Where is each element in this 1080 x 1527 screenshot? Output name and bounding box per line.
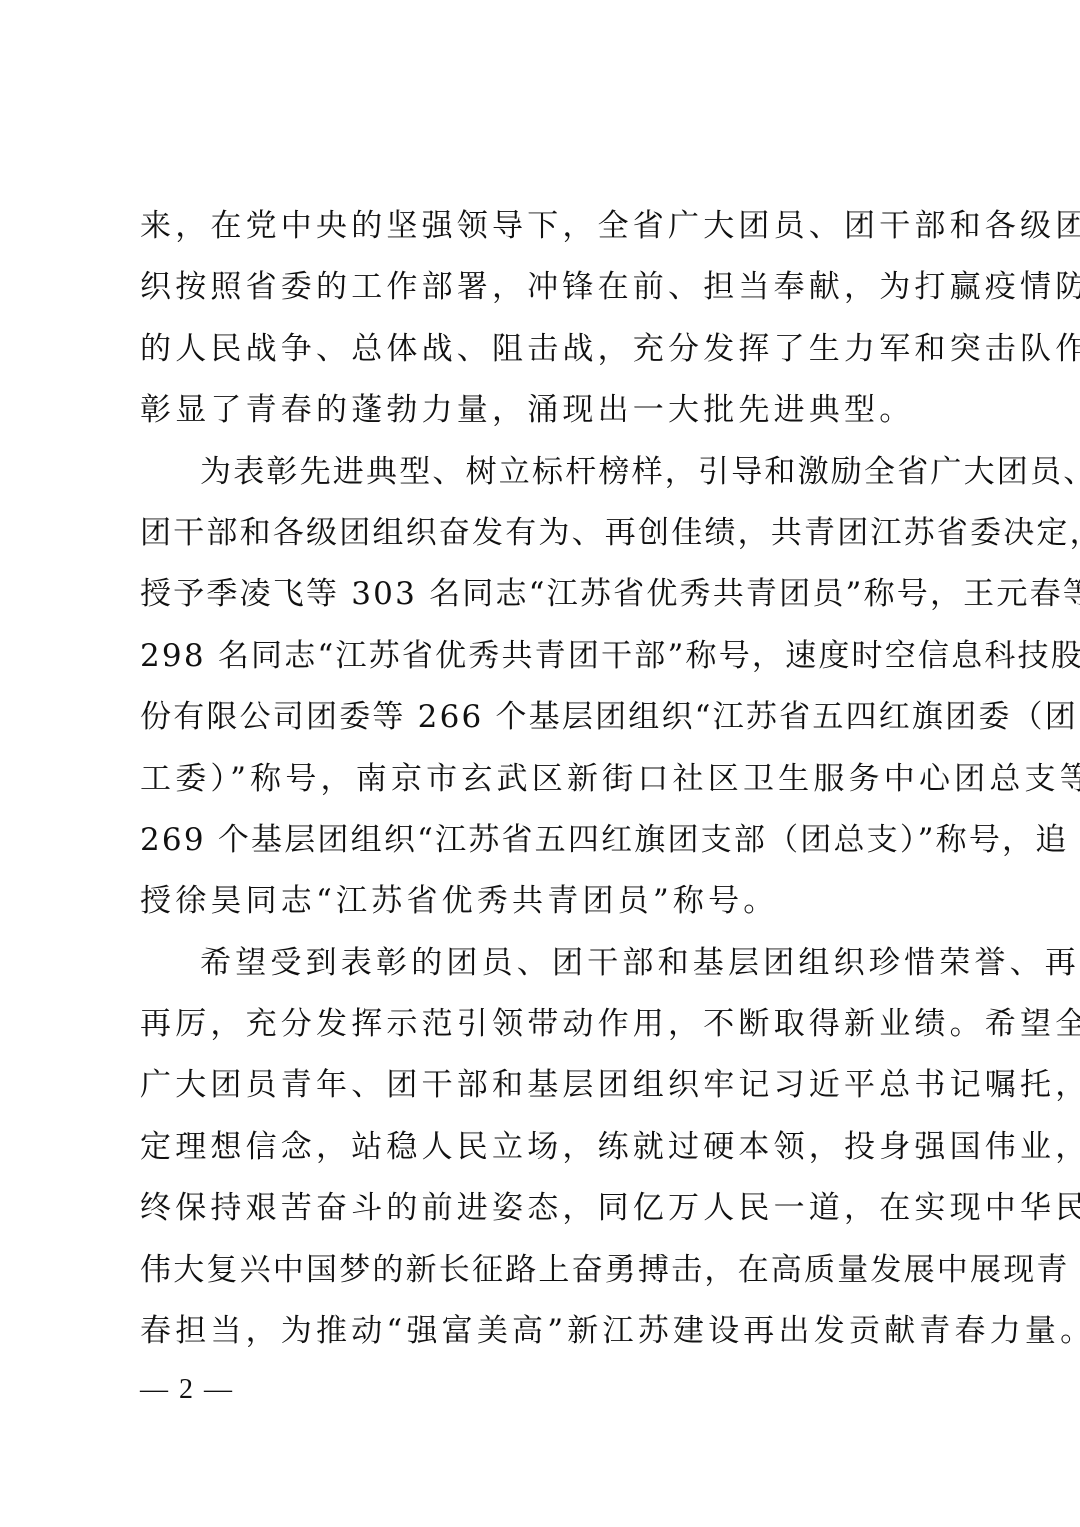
text-line: 工委）”称号，南京市玄武区新街口社区卫生服务中心团总支等: [140, 749, 940, 810]
text-line: 269 个基层团组织“江苏省五四红旗团支部（团总支）”称号，追: [140, 810, 940, 871]
text-line: 彰显了青春的蓬勃力量，涌现出一大批先进典型。: [140, 380, 940, 441]
text-line: 298 名同志“江苏省优秀共青团干部”称号，速度时空信息科技股: [140, 626, 940, 687]
page-number: — 2 —: [140, 1372, 234, 1408]
paragraph-hopes: 希望受到表彰的团员、团干部和基层团组织珍惜荣誉、再接 再厉，充分发挥示范引领带动…: [140, 933, 940, 1363]
document-body: 来，在党中央的坚强领导下，全省广大团员、团干部和各级团组 织按照省委的工作部署，…: [140, 196, 940, 1362]
paragraph-commendation: 为表彰先进典型、树立标杆榜样，引导和激励全省广大团员、 团干部和各级团组织奋发有…: [140, 442, 940, 933]
text-line: 定理想信念，站稳人民立场，练就过硬本领，投身强国伟业，始: [140, 1117, 940, 1178]
text-line: 团干部和各级团组织奋发有为、再创佳绩，共青团江苏省委决定，: [140, 503, 940, 564]
text-line: 再厉，充分发挥示范引领带动作用，不断取得新业绩。希望全省: [140, 994, 940, 1055]
text-line: 来，在党中央的坚强领导下，全省广大团员、团干部和各级团组: [140, 196, 940, 257]
document-page: 来，在党中央的坚强领导下，全省广大团员、团干部和各级团组 织按照省委的工作部署，…: [0, 0, 1080, 1527]
text-line: 织按照省委的工作部署，冲锋在前、担当奉献，为打赢疫情防控: [140, 257, 940, 318]
text-line: 的人民战争、总体战、阻击战，充分发挥了生力军和突击队作用，: [140, 319, 940, 380]
text-line: 份有限公司团委等 266 个基层团组织“江苏省五四红旗团委（团: [140, 687, 940, 748]
text-line: 广大团员青年、团干部和基层团组织牢记习近平总书记嘱托，坚: [140, 1055, 940, 1116]
text-line: 为表彰先进典型、树立标杆榜样，引导和激励全省广大团员、: [140, 442, 940, 503]
text-line: 伟大复兴中国梦的新长征路上奋勇搏击，在高质量发展中展现青: [140, 1240, 940, 1301]
paragraph-continuation: 来，在党中央的坚强领导下，全省广大团员、团干部和各级团组 织按照省委的工作部署，…: [140, 196, 940, 442]
text-line: 授徐昊同志“江苏省优秀共青团员”称号。: [140, 871, 940, 932]
text-line: 希望受到表彰的团员、团干部和基层团组织珍惜荣誉、再接: [140, 933, 940, 994]
text-line: 授予季凌飞等 303 名同志“江苏省优秀共青团员”称号，王元春等: [140, 564, 940, 625]
text-line: 终保持艰苦奋斗的前进姿态，同亿万人民一道，在实现中华民族: [140, 1178, 940, 1239]
text-line: 春担当，为推动“强富美高”新江苏建设再出发贡献青春力量。: [140, 1301, 940, 1362]
